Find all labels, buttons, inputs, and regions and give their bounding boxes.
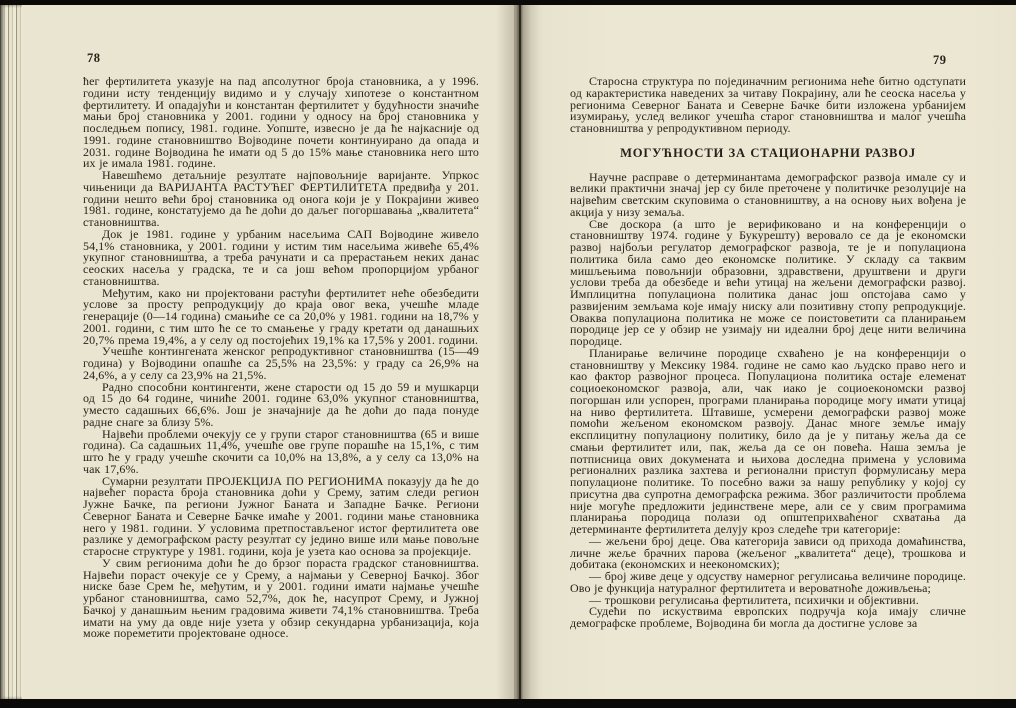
scanned-book-spread: 78 79 ћег фертилитета указује на пад апс… [0,0,1016,708]
paragraph: Највећи проблеми очекују се у групи стар… [83,429,479,476]
right-page-text-after-heading: Научне расправе о детерминантама демогра… [570,172,966,630]
paragraph: Научне расправе о детерминантама демогра… [570,172,966,219]
paragraph: У свим регионима доћи ће до брзог пораст… [83,558,479,640]
paragraph: Док је 1981. године у урбаним насељима С… [83,229,479,288]
right-page-text-before-heading: Старосна структура по појединачним регио… [570,76,966,135]
paragraph: Старосна структура по појединачним регио… [570,76,966,135]
scanner-bar-bottom [0,699,1016,708]
paragraph: Навешћемо детаљније резултате најповољни… [83,170,479,229]
section-heading: МОГУЋНОСТИ ЗА СТАЦИОНАРНИ РАЗВОЈ [570,148,966,160]
gutter-shadow [496,5,540,699]
paragraph: Сумарни резултати ПРОЈЕКЦИЈА ПО РЕГИОНИМ… [83,476,479,558]
paragraph: Планирање величине породице схваћено је … [570,348,966,536]
paragraph: Учешће контингената женског репродуктивн… [83,346,479,381]
page-number-right: 79 [933,53,947,68]
paragraph: Све доскора (а што је верификовано и на … [570,219,966,348]
paragraph: Радно способни контингенти, жене старост… [83,382,479,429]
gutter-crease-line [519,5,521,699]
book-spread: 78 79 ћег фертилитета указује на пад апс… [0,5,1016,699]
paragraph: Судећи по искуствима европских подручја … [570,606,966,630]
paragraph: ћег фертилитета указује на пад апсолутно… [83,76,479,170]
left-page-text-column: ћег фертилитета указује на пад апсолутно… [83,76,479,640]
paragraph: — број живе деце у одсуству намерног рег… [570,571,966,595]
right-page-text-column: Старосна структура по појединачним регио… [570,76,966,630]
paragraph: Међутим, како ни пројектовани растући фе… [83,288,479,347]
paragraph: — жељени број деце. Ова категорија завис… [570,536,966,571]
page-stack-edges [0,5,22,699]
page-number-left: 78 [87,51,101,66]
scanner-bar-top [0,0,1016,5]
